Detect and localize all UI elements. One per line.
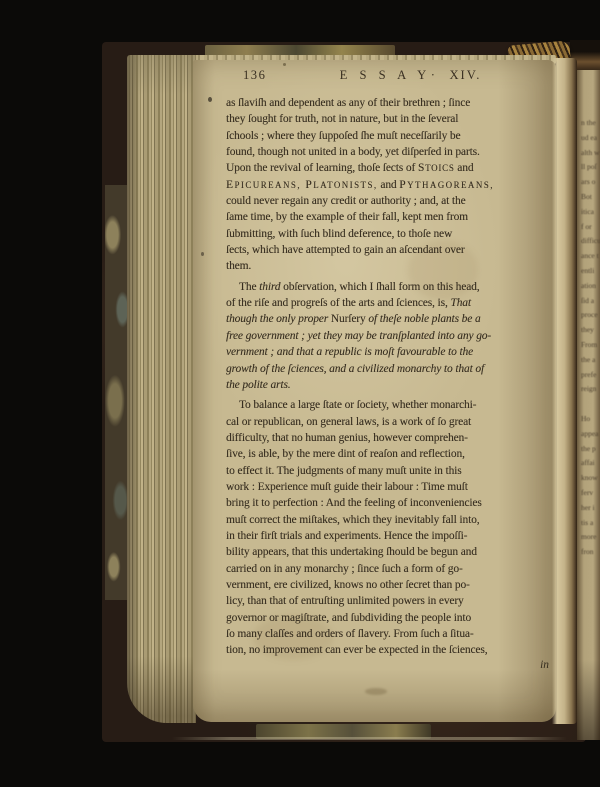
ink-speck [283,63,286,66]
text-line: bring it to perfection : And the feeling… [226,495,549,511]
text-segment: carried on in any monarchy ; ſince ſuch … [226,563,463,575]
facing-text-line: ll poſ [581,160,598,175]
text-line: vernment, ere civilized, knows no other … [226,577,549,593]
facing-text-line: the p [581,442,598,457]
facing-text-line: ars o [581,175,598,190]
facing-text-line: know [581,471,598,486]
paragraph: To balance a large ſtate or ſociety, whe… [226,397,549,659]
ink-smudge [365,688,387,695]
text-line: ſchools ; where they ſuppoſed ſhe muſt n… [226,128,549,144]
text-line: they ſought for truth, not in nature, bu… [226,111,549,127]
text-line: though the only proper Nurſery of theſe … [226,311,549,327]
text-line: them. [226,258,549,274]
text-segment: governor or magiſtrate, and ſubdividing … [226,612,471,624]
body-text: as ſlaviſh and dependent as any of their… [226,95,549,659]
text-line: as ſlaviſh and dependent as any of their… [226,95,549,111]
facing-text-line: ud ea [581,131,598,146]
text-segment: ſchools ; where they ſuppoſed ſhe muſt n… [226,130,460,142]
text-line: found, though not united in a body, yet … [226,144,549,160]
paragraph: as ſlaviſh and dependent as any of their… [226,95,549,275]
facing-text-line: n the [581,116,598,131]
text-line: The third obſervation, which I ſhall for… [226,279,549,295]
header-title: E S S A Y· [340,68,440,82]
facing-text-line: entli [581,264,598,279]
text-line: free government ; yet they may be tranſp… [226,328,549,344]
text-line: ſo many claſſes and orders of ſlavery. F… [226,626,549,642]
page-fore-edge [127,55,196,723]
text-segment: to effect it. The judgments of many muſt… [226,465,462,477]
text-line: carried on in any monarchy ; ſince ſuch … [226,561,549,577]
text-line: difficulty, that no human genius, howeve… [226,430,549,446]
text-line: growth of the ſciences, and a civilized … [226,361,549,377]
text-segment: Upon the revival of learning, thoſe ſect… [226,162,418,174]
facing-text-line [581,397,598,412]
text-segment: could never regain any credit or authori… [226,195,466,207]
text-segment: bring it to perfection : And the feeling… [226,497,482,509]
text-line: Upon the revival of learning, thoſe ſect… [226,160,549,176]
cover-edge-highlight [172,737,567,740]
text-line: the polite arts. [226,377,549,393]
text-line: governor or magiſtrate, and ſubdividing … [226,610,549,626]
text-segment: Stoics [418,162,455,174]
text-segment: licy, than that of entruſting unlimited … [226,595,464,607]
text-segment: of theſe noble plants be a [366,313,481,325]
facing-text-line: From [581,338,598,353]
text-line: ſame time, by the example of their fall,… [226,209,549,225]
text-line: To balance a large ſtate or ſociety, whe… [226,397,549,413]
text-line: muſt correct the miſtakes, which they in… [226,512,549,528]
facing-text-line: appea [581,427,598,442]
catchword: in [540,659,549,671]
facing-text-line: they [581,323,598,338]
text-segment: Nurſery [331,313,366,325]
facing-text-line: ſid a [581,294,598,309]
text-segment: vernment ; and that a republic is moſt f… [226,346,473,358]
facing-text-line: f or [581,220,598,235]
facing-page-text: n theud eaalth wll poſars oBotiticaf ord… [577,70,600,560]
text-segment: cal or republican, on general laws, is a… [226,416,471,428]
text-segment: bility appears, that this undertaking ſh… [226,546,477,558]
text-line: licy, than that of entruſting unlimited … [226,593,549,609]
text-segment: ſive, is able, by the mere dint of reaſo… [226,448,465,460]
text-segment: tion, no improvement can ever be expecte… [226,644,487,656]
text-line: ſects, which have attempted to gain an a… [226,242,549,258]
catchword-row: in [226,659,551,671]
text-segment: and [455,162,474,174]
facing-text-line: proce [581,308,598,323]
facing-text-line: alth w [581,146,598,161]
text-segment: of the riſe and progreſs of the arts and… [226,297,450,309]
text-segment: obſervation, which I ſhall form on this … [280,281,479,293]
text-segment: ſame time, by the example of their fall,… [226,211,468,223]
running-title: E S S A Y·XIV. [226,68,549,83]
text-segment: in their firſt trials and experiments. H… [226,530,467,542]
facing-text-line: tis a [581,516,598,531]
text-segment: work : Experience muſt guide their labou… [226,481,468,493]
text-line: to effect it. The judgments of many muſt… [226,463,549,479]
facing-text-line: ance t [581,249,598,264]
text-segment: muſt correct the miſtakes, which they in… [226,514,479,526]
text-line: tion, no improvement can ever be expecte… [226,642,549,658]
facing-text-line: Bot [581,190,598,205]
text-line: vernment ; and that a republic is moſt f… [226,344,549,360]
text-segment: ſubmitting, with ſuch blind deference, t… [226,228,452,240]
text-segment: free government ; yet they may be tranſp… [226,330,491,342]
text-segment: vernment, ere civilized, knows no other … [226,579,470,591]
text-segment: and [378,179,400,191]
text-segment: third [259,281,280,293]
gutter-shadow [552,58,577,724]
text-segment: found, though not united in a body, yet … [226,146,480,158]
text-segment: as ſlaviſh and dependent as any of their… [226,97,470,109]
text-line: cal or republican, on general laws, is a… [226,414,549,430]
text-segment: growth of the ſciences, and a civilized … [226,363,484,375]
facing-text-line: more [581,530,598,545]
text-line: could never regain any credit or authori… [226,193,549,209]
photo-background: 136 E S S A Y·XIV. as ſlaviſh and depend… [0,0,600,787]
facing-text-line: her i [581,501,598,516]
paragraph: The third obſervation, which I ſhall for… [226,279,549,393]
facing-text-line: ation [581,279,598,294]
text-line: of the riſe and progreſs of the arts and… [226,295,549,311]
text-segment: the polite arts. [226,379,291,391]
text-segment: difficulty, that no human genius, howeve… [226,432,468,444]
text-line: ſubmitting, with ſuch blind deference, t… [226,226,549,242]
header-numeral: XIV. [449,68,481,82]
text-segment: The [239,281,259,293]
text-line: in their firſt trials and experiments. H… [226,528,549,544]
facing-page-sliver: n theud eaalth wll poſars oBotiticaf ord… [577,70,600,740]
text-line: work : Experience muſt guide their labou… [226,479,549,495]
text-segment: To balance a large ſtate or ſociety, whe… [239,399,476,411]
text-segment: them. [226,260,251,272]
facing-text-line: prefe [581,368,598,383]
ink-speck [208,97,212,102]
facing-text-line: ferv [581,486,598,501]
facing-text-line: affai [581,456,598,471]
text-segment: they ſought for truth, not in nature, bu… [226,113,458,125]
text-segment: That [450,297,471,309]
ink-speck [201,252,204,256]
facing-text-line: itica [581,205,598,220]
text-segment: though the only proper [226,313,331,325]
page-header: 136 E S S A Y·XIV. [226,68,549,85]
text-line: Epicureans, Platonists, and Pythagoreans… [226,177,549,193]
text-segment: ſects, which have attempted to gain an a… [226,244,465,256]
text-line: bility appears, that this undertaking ſh… [226,544,549,560]
facing-text-line: the a [581,353,598,368]
facing-text-line: fron [581,545,598,560]
text-line: ſive, is able, by the mere dint of reaſo… [226,446,549,462]
facing-text-line: Ho [581,412,598,427]
facing-text-line: reign [581,382,598,397]
text-segment: Epicureans, Platonists, [226,179,378,191]
text-segment: ſo many claſſes and orders of ſlavery. F… [226,628,474,640]
book-page: 136 E S S A Y·XIV. as ſlaviſh and depend… [193,60,556,722]
text-segment: Pythagoreans, [399,179,494,191]
facing-text-line: difficu [581,234,598,249]
